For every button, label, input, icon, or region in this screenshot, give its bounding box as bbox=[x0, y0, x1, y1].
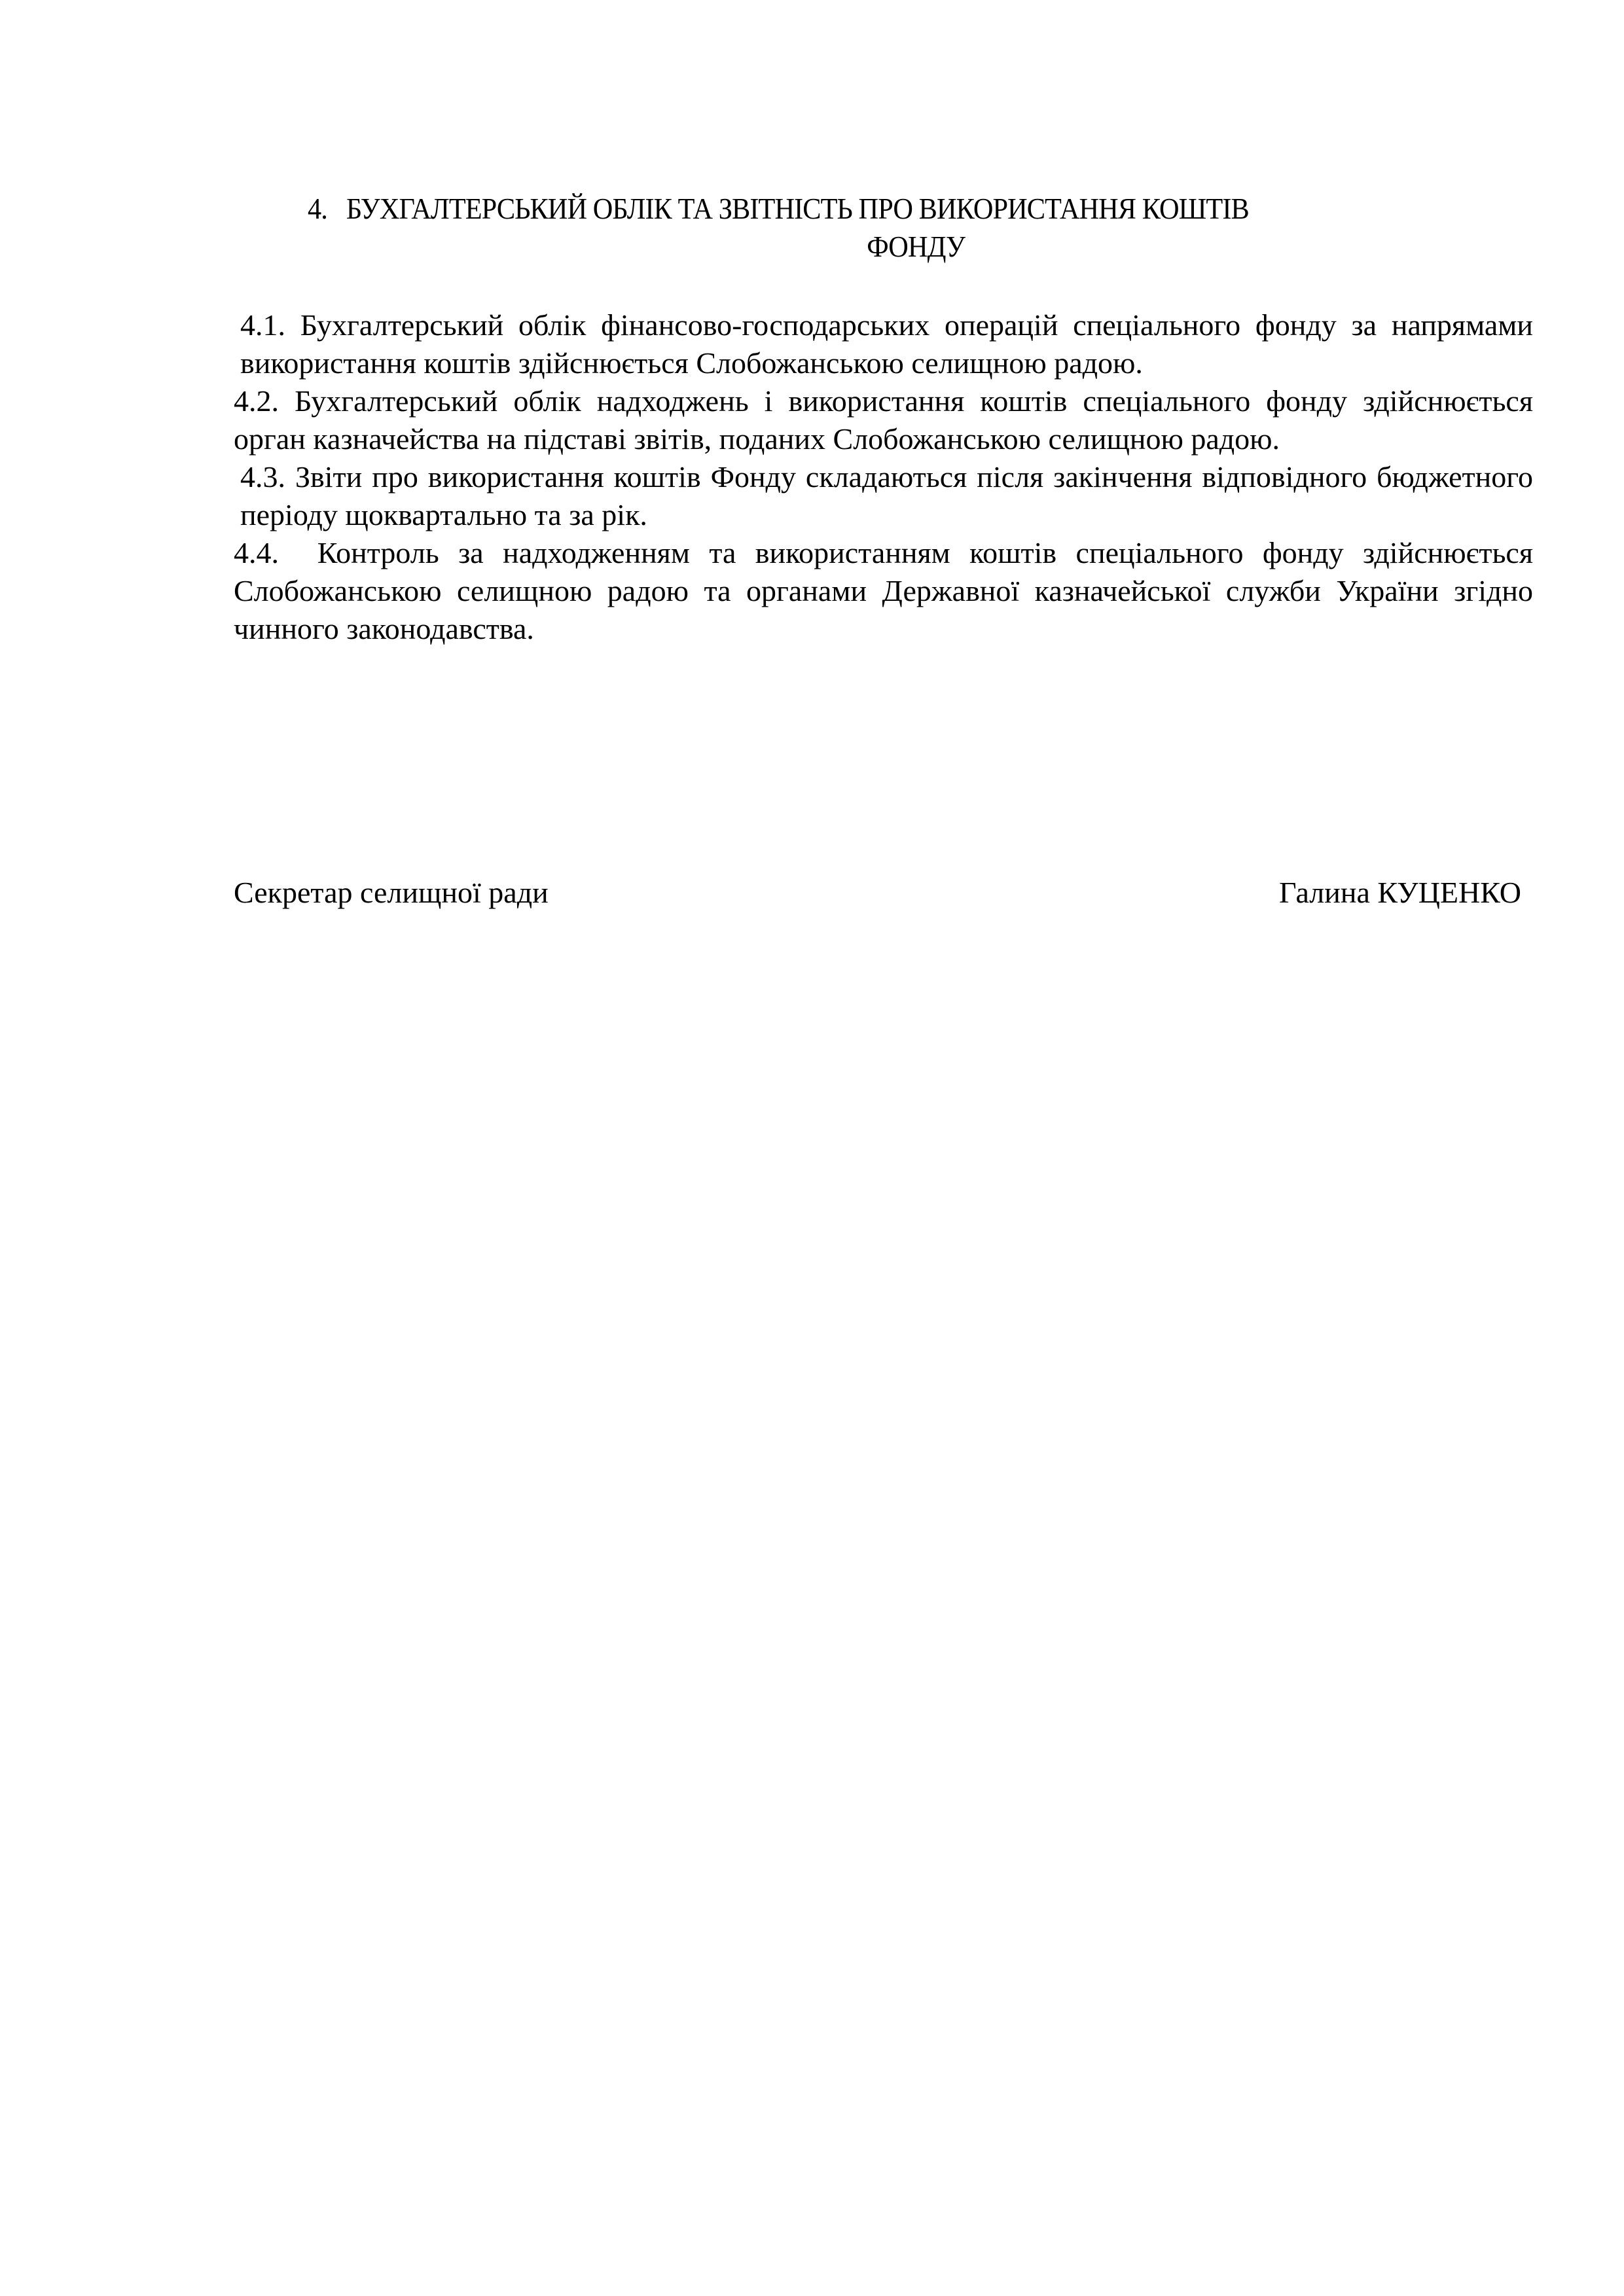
paragraph-number: 4.2. bbox=[234, 384, 279, 418]
paragraph-text: Бухгалтерський облік надходжень і викори… bbox=[234, 384, 1533, 456]
paragraph-number: 4.4. bbox=[234, 536, 279, 569]
section-number: 4. bbox=[308, 192, 327, 225]
signatory-position: Секретар селищної ради bbox=[234, 874, 549, 912]
section-title: БУХГАЛТЕРСЬКИЙ ОБЛІК ТА ЗВІТНІСТЬ ПРО ВИ… bbox=[346, 192, 1249, 225]
paragraph-number: 4.3. bbox=[240, 460, 285, 493]
paragraph-text: Звіти про використання коштів Фонду скла… bbox=[240, 460, 1533, 531]
paragraph-text: Бухгалтерський облік фінансово-господарс… bbox=[240, 308, 1533, 380]
section-heading-line1: 4. БУХГАЛТЕРСЬКИЙ ОБЛІК ТА ЗВІТНІСТЬ ПРО… bbox=[308, 190, 1440, 228]
signatory-name: Галина КУЦЕНКО bbox=[1279, 874, 1533, 912]
section-heading: 4. БУХГАЛТЕРСЬКИЙ ОБЛІК ТА ЗВІТНІСТЬ ПРО… bbox=[308, 190, 1440, 266]
paragraph-text: Контроль за надходженням та використання… bbox=[234, 536, 1533, 645]
paragraph-4-4: 4.4. Контроль за надходженням та викорис… bbox=[234, 534, 1533, 648]
paragraph-number: 4.1. bbox=[240, 308, 285, 342]
section-title-continuation: ФОНДУ bbox=[392, 228, 1440, 266]
signature-block: Секретар селищної ради Галина КУЦЕНКО bbox=[234, 874, 1533, 912]
paragraph-4-2: 4.2. Бухгалтерський облік надходжень і в… bbox=[234, 382, 1533, 458]
section-body: 4.1. Бухгалтерський облік фінансово-госп… bbox=[234, 306, 1533, 648]
document-page: 4. БУХГАЛТЕРСЬКИЙ ОБЛІК ТА ЗВІТНІСТЬ ПРО… bbox=[0, 0, 1624, 2296]
paragraph-4-3: 4.3. Звіти про використання коштів Фонду… bbox=[234, 458, 1533, 534]
paragraph-4-1: 4.1. Бухгалтерський облік фінансово-госп… bbox=[234, 306, 1533, 382]
